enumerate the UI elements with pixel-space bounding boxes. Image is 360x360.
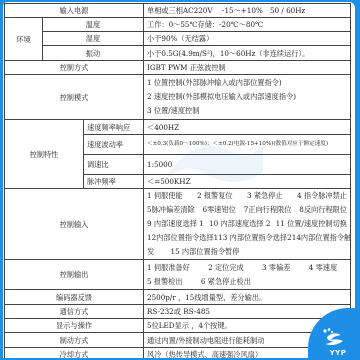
- input-item: 10 内部速度选择 2: [209, 217, 270, 231]
- row-value: 1 伺服准备好 2 定位完成 3 零偏差 4 零速度 5 报警检出 6 紧急停止…: [144, 260, 351, 290]
- row-label: 显示与操作: [5, 319, 144, 333]
- input-line: 9 内部速度选择 1 10 内部速度选择 2 11 位置/速度控制切换: [147, 217, 347, 231]
- row-label: 控制输入: [5, 189, 144, 260]
- input-item: 1 伺服使能: [147, 189, 183, 203]
- table-row: 控制输入 1 伺服使能 2 报警复位 3 紧急停止 4 指令脉冲禁止 5脉冲偏差…: [5, 189, 351, 260]
- input-item: 8反向行程限位: [299, 203, 347, 217]
- sub-label: 速度频率响应: [84, 120, 144, 135]
- row-label: 冷却方式: [5, 348, 144, 359]
- row-label: 控制特性: [5, 120, 84, 189]
- table-row: 控制特性 速度频率响应 ＜400HZ: [5, 120, 351, 135]
- row-value: 2500p/r ，15线增量型，差分输出。: [144, 290, 351, 305]
- sub-label: 脉冲频率: [84, 175, 144, 189]
- sub-label: 振动: [43, 46, 144, 61]
- row-value: IGBT PWM 正弦波控制: [144, 61, 351, 75]
- table-row: 冷却方式 风冷（热传导模式、高速强冷风扇）: [5, 348, 351, 359]
- output-item: 2 定位完成: [208, 263, 244, 272]
- table-row: 输入电源 单相或三相AC220V -15～+10% 50 / 60Hz: [5, 4, 351, 18]
- row-value: 工作：0～55℃存储：-20℃～80℃: [144, 18, 351, 32]
- row-value: ＜400HZ: [144, 120, 351, 135]
- table-row: 控制输出 1 伺服准备好 2 定位完成 3 零偏差 4 零速度 5 报警检出 6…: [5, 260, 351, 290]
- input-item: 4 指令脉冲禁止: [297, 189, 347, 203]
- spec-table: 输入电源 单相或三相AC220V -15～+10% 50 / 60Hz 环境 温…: [4, 3, 351, 358]
- row-value: 小于0.5G(4.9m/S²)，10～60Hz（非连续运行）。: [144, 46, 351, 61]
- output-item: 1 伺服准备好: [147, 263, 190, 272]
- wave-logo-icon: [319, 327, 349, 349]
- sub-label: 速度波动率: [84, 135, 144, 155]
- row-value: ＜±0.3(负载0～100%)；＜±0.2(电源-15+10%)(数值对应于额定…: [144, 135, 351, 155]
- output-line: 5 报警检出 6 紧急停止检出: [147, 275, 347, 289]
- input-line: 1 伺服使能 2 报警复位 3 紧急停止 4 指令脉冲禁止: [147, 189, 347, 203]
- mode-item: 3 位置/速度控制: [147, 104, 347, 118]
- output-item: 4 零速度: [309, 263, 337, 272]
- row-label: 控制方式: [5, 61, 144, 75]
- sub-label: 温度: [43, 18, 144, 32]
- table-row: 编码器反馈 2500p/r ，15线增量型，差分输出。: [5, 290, 351, 305]
- table-row: 制动方式 通过内置/外接制动电阻进行能耗制动: [5, 333, 351, 348]
- row-value: 1:5000: [144, 155, 351, 175]
- sub-label: 调速比: [84, 155, 144, 175]
- row-value: 1 位置控制(外部脉冲输入或内部位置指令) 2 速度控制(外部模拟电压输入或内部…: [144, 75, 351, 120]
- spec-sheet: 输入电源 单相或三相AC220V -15～+10% 50 / 60Hz 环境 温…: [3, 2, 355, 358]
- input-item: 3 紧急停止: [247, 189, 283, 203]
- input-line: 12内部位置指令选择1 13 内部位置指令选择2 14内部位置指令触: [147, 231, 347, 245]
- output-line: 1 伺服准备好 2 定位完成 3 零偏差 4 零速度: [147, 261, 347, 275]
- output-item: 6 紧急停止检出: [201, 277, 251, 286]
- input-item: 5脉冲偏差清除: [147, 203, 195, 217]
- input-line: 发 15 内部位置指令暂停: [147, 245, 347, 259]
- input-item: 9 内部速度选择 1: [147, 217, 204, 231]
- row-label: 编码器反馈: [5, 290, 144, 305]
- row-value: ＜=500KHZ: [144, 175, 351, 189]
- output-item: 5 报警检出: [147, 277, 183, 286]
- input-item: 12内部位置指令选择1: [147, 231, 218, 245]
- input-item: 13 内部位置指令选择2: [218, 231, 292, 245]
- sub-label: 湿度: [43, 32, 144, 46]
- mode-item: 1 位置控制(外部脉冲输入或内部位置指令): [147, 76, 347, 90]
- output-item: 3 零偏差: [262, 263, 290, 272]
- row-label: 输入电源: [5, 4, 144, 18]
- table-row: 显示与操作 5位LED显示 ，4个按键。: [5, 319, 351, 333]
- input-item: 15 内部位置指令暂停: [171, 247, 240, 256]
- row-value: 单相或三相AC220V -15～+10% 50 / 60Hz: [144, 4, 351, 18]
- table-row: 环境 温度 工作：0～55℃存储：-20℃～80℃: [5, 18, 351, 32]
- input-item: 14内部位置指令触: [292, 231, 351, 245]
- input-item: 发: [147, 247, 154, 256]
- input-item: 6零速钳位: [203, 203, 236, 217]
- row-label: 环境: [5, 18, 43, 61]
- logo-text: YYP: [330, 349, 347, 357]
- input-item: 11 位置/速度控制切换: [276, 217, 347, 231]
- table-row: 振动 小于0.5G(4.9m/S²)，10～60Hz（非连续运行）。: [5, 46, 351, 61]
- input-line: 5脉冲偏差清除 6零速钳位 7正向行程限位 8反向行程限位: [147, 203, 347, 217]
- input-item: 7正向行程限位: [244, 203, 292, 217]
- row-label: 制动方式: [5, 333, 144, 348]
- row-value: 1 伺服使能 2 报警复位 3 紧急停止 4 指令脉冲禁止 5脉冲偏差清除 6零…: [144, 189, 351, 260]
- mode-item: 2 速度控制(外部模拟电压输入或内部速度指令): [147, 90, 347, 104]
- row-value: 小于90%（无结露）: [144, 32, 351, 46]
- table-row: 控制方式 IGBT PWM 正弦波控制: [5, 61, 351, 75]
- row-value: RS-232或 RS-485: [144, 305, 351, 319]
- row-label: 通信方式: [5, 305, 144, 319]
- table-row: 控制模式 1 位置控制(外部脉冲输入或内部位置指令) 2 速度控制(外部模拟电压…: [5, 75, 351, 120]
- row-label: 控制模式: [5, 75, 144, 120]
- row-label: 控制输出: [5, 260, 144, 290]
- table-row: 湿度 小于90%（无结露）: [5, 32, 351, 46]
- input-item: 2 报警复位: [197, 189, 233, 203]
- table-row: 通信方式 RS-232或 RS-485: [5, 305, 351, 319]
